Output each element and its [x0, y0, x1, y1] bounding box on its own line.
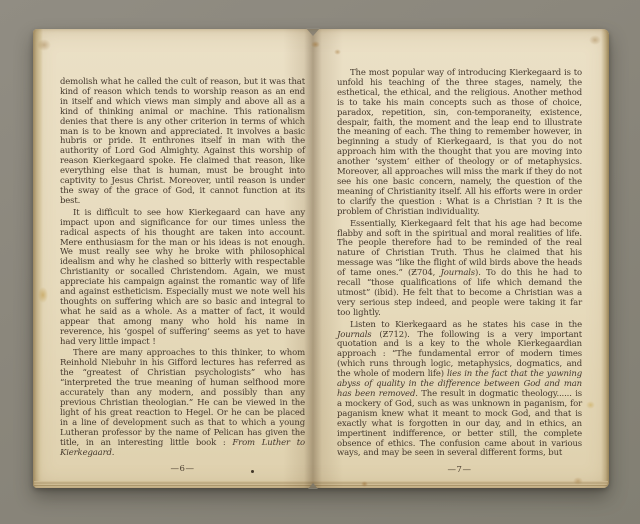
paragraph: It is difficult to see how Kierkegaard c…	[60, 209, 305, 348]
paragraph: demolish what he called the cult of reas…	[60, 78, 305, 207]
paragraph: The most popular way of introducing Kier…	[337, 69, 582, 218]
left-page: demolish what he called the cult of reas…	[33, 29, 317, 488]
paragraph: There are many approaches to this thinke…	[60, 349, 305, 458]
right-page-text: The most popular way of introducing Kier…	[337, 69, 582, 459]
right-page-number: —7—	[337, 465, 582, 475]
left-page-text: demolish what he called the cult of reas…	[60, 78, 305, 458]
paragraph: Listen to Kierkegaard as he states his c…	[337, 321, 582, 460]
open-book: demolish what he called the cult of reas…	[33, 29, 609, 488]
right-page: The most popular way of introducing Kier…	[329, 29, 609, 488]
paragraph: Essentially, Kierkegaard felt that his a…	[337, 220, 582, 319]
left-page-number: —6—	[60, 464, 305, 474]
photo-background: demolish what he called the cult of reas…	[0, 0, 640, 524]
